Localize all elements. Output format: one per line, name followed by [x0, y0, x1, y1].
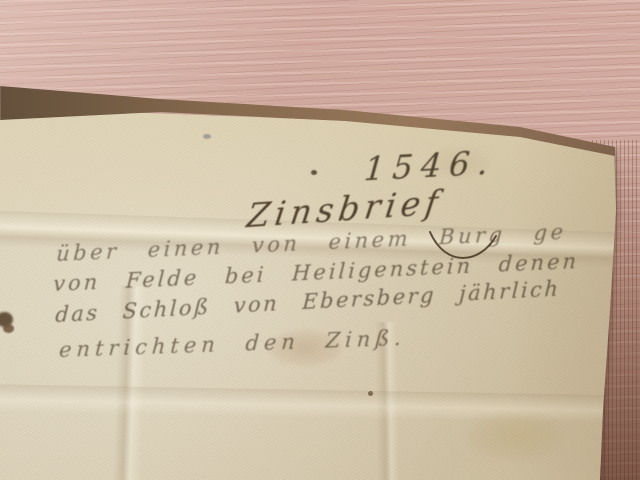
gray-mark	[203, 134, 211, 139]
parchment-document: 1546. Zinsbrief über einen von einem Bur…	[0, 0, 640, 480]
ink-speck	[368, 391, 373, 396]
ink-stain-left-edge-small	[3, 324, 14, 333]
parchment-shadow-wrap: 1546. Zinsbrief über einen von einem Bur…	[0, 0, 640, 480]
ink-dot	[311, 170, 317, 175]
photo-scene: 1546. Zinsbrief über einen von einem Bur…	[0, 0, 640, 480]
yellow-stain	[468, 412, 563, 460]
handwritten-line-4: entrichten den Zinß.	[58, 326, 407, 362]
handwritten-year: 1546.	[363, 143, 498, 188]
